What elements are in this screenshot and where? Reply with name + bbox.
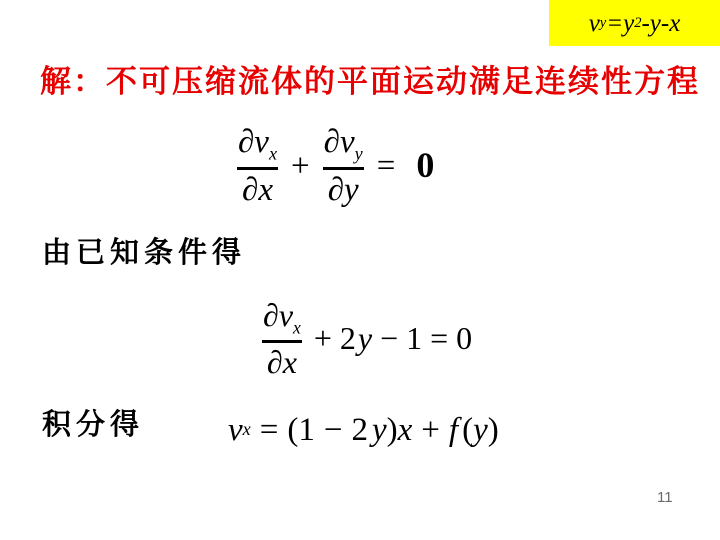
integrate-heading: 积分得 bbox=[42, 410, 144, 442]
minus-operator: − bbox=[324, 412, 343, 448]
function-f: f bbox=[449, 412, 458, 448]
zero-value: 0 bbox=[456, 321, 472, 356]
slide: vy=y2-y-x 解：不可压缩流体的平面运动满足连续性方程 ∂vx ∂x + … bbox=[0, 0, 720, 540]
fraction-denominator: ∂x bbox=[262, 340, 302, 380]
continuity-equation: ∂vx ∂x + ∂vy ∂y = 0 bbox=[233, 124, 434, 208]
open-paren: ( bbox=[462, 412, 473, 448]
subscript-x: x bbox=[269, 144, 277, 164]
solution-heading: 解：不可压缩流体的平面运动满足连续性方程 bbox=[40, 65, 700, 99]
variable-v: v bbox=[228, 412, 243, 448]
equals-sign: = bbox=[260, 412, 279, 448]
one-value: 1 bbox=[406, 321, 422, 356]
fraction-dvx-dx: ∂vx ∂x bbox=[233, 124, 282, 208]
equals-sign: = bbox=[377, 148, 396, 184]
fraction-numerator: ∂vx bbox=[233, 124, 282, 167]
formula-equals-y: =y bbox=[606, 11, 634, 36]
minus-operator: − bbox=[380, 321, 398, 356]
plus-operator: + bbox=[421, 412, 440, 448]
plus-operator: + bbox=[314, 321, 332, 356]
coefficient-two: 2 bbox=[340, 321, 356, 356]
fraction-denominator: ∂x bbox=[237, 167, 278, 208]
coefficient-two: 2 bbox=[351, 412, 368, 448]
fraction-numerator: ∂vy bbox=[319, 124, 368, 167]
variable-y: y bbox=[473, 412, 488, 448]
partial-v: ∂v bbox=[263, 297, 293, 333]
variable-y: y bbox=[358, 321, 372, 356]
close-paren: ) bbox=[488, 412, 499, 448]
subscript-x: x bbox=[293, 317, 301, 337]
plus-operator: + bbox=[291, 148, 310, 184]
equals-sign: = bbox=[430, 321, 448, 356]
fraction-denominator: ∂y bbox=[323, 167, 364, 208]
partial-v: ∂v bbox=[324, 124, 355, 160]
fraction-numerator: ∂vx bbox=[258, 298, 306, 340]
result-equation: vx = (1 − 2y)x + f(y) bbox=[228, 412, 499, 448]
highlight-formula-box: vy=y2-y-x bbox=[549, 0, 720, 46]
variable-x: x bbox=[398, 412, 413, 448]
variable-y: y bbox=[372, 412, 387, 448]
open-paren: ( bbox=[287, 412, 298, 448]
close-paren: ) bbox=[387, 412, 398, 448]
formula-tail: -y-x bbox=[641, 11, 680, 36]
partial-v: ∂v bbox=[238, 124, 269, 160]
formula-v: v bbox=[589, 11, 600, 36]
fraction-dvx-dx: ∂vx ∂x bbox=[258, 298, 306, 380]
fraction-dvy-dy: ∂vy ∂y bbox=[319, 124, 368, 208]
subscript-y: y bbox=[355, 144, 363, 164]
subscript-x: x bbox=[243, 420, 251, 440]
known-condition-heading: 由已知条件得 bbox=[42, 238, 246, 270]
one-value: 1 bbox=[298, 412, 315, 448]
condition-equation: ∂vx ∂x + 2 y − 1 = 0 bbox=[258, 298, 472, 380]
zero-value: 0 bbox=[416, 146, 434, 186]
formula-superscript: 2 bbox=[634, 16, 641, 31]
page-number: 11 bbox=[657, 489, 673, 506]
